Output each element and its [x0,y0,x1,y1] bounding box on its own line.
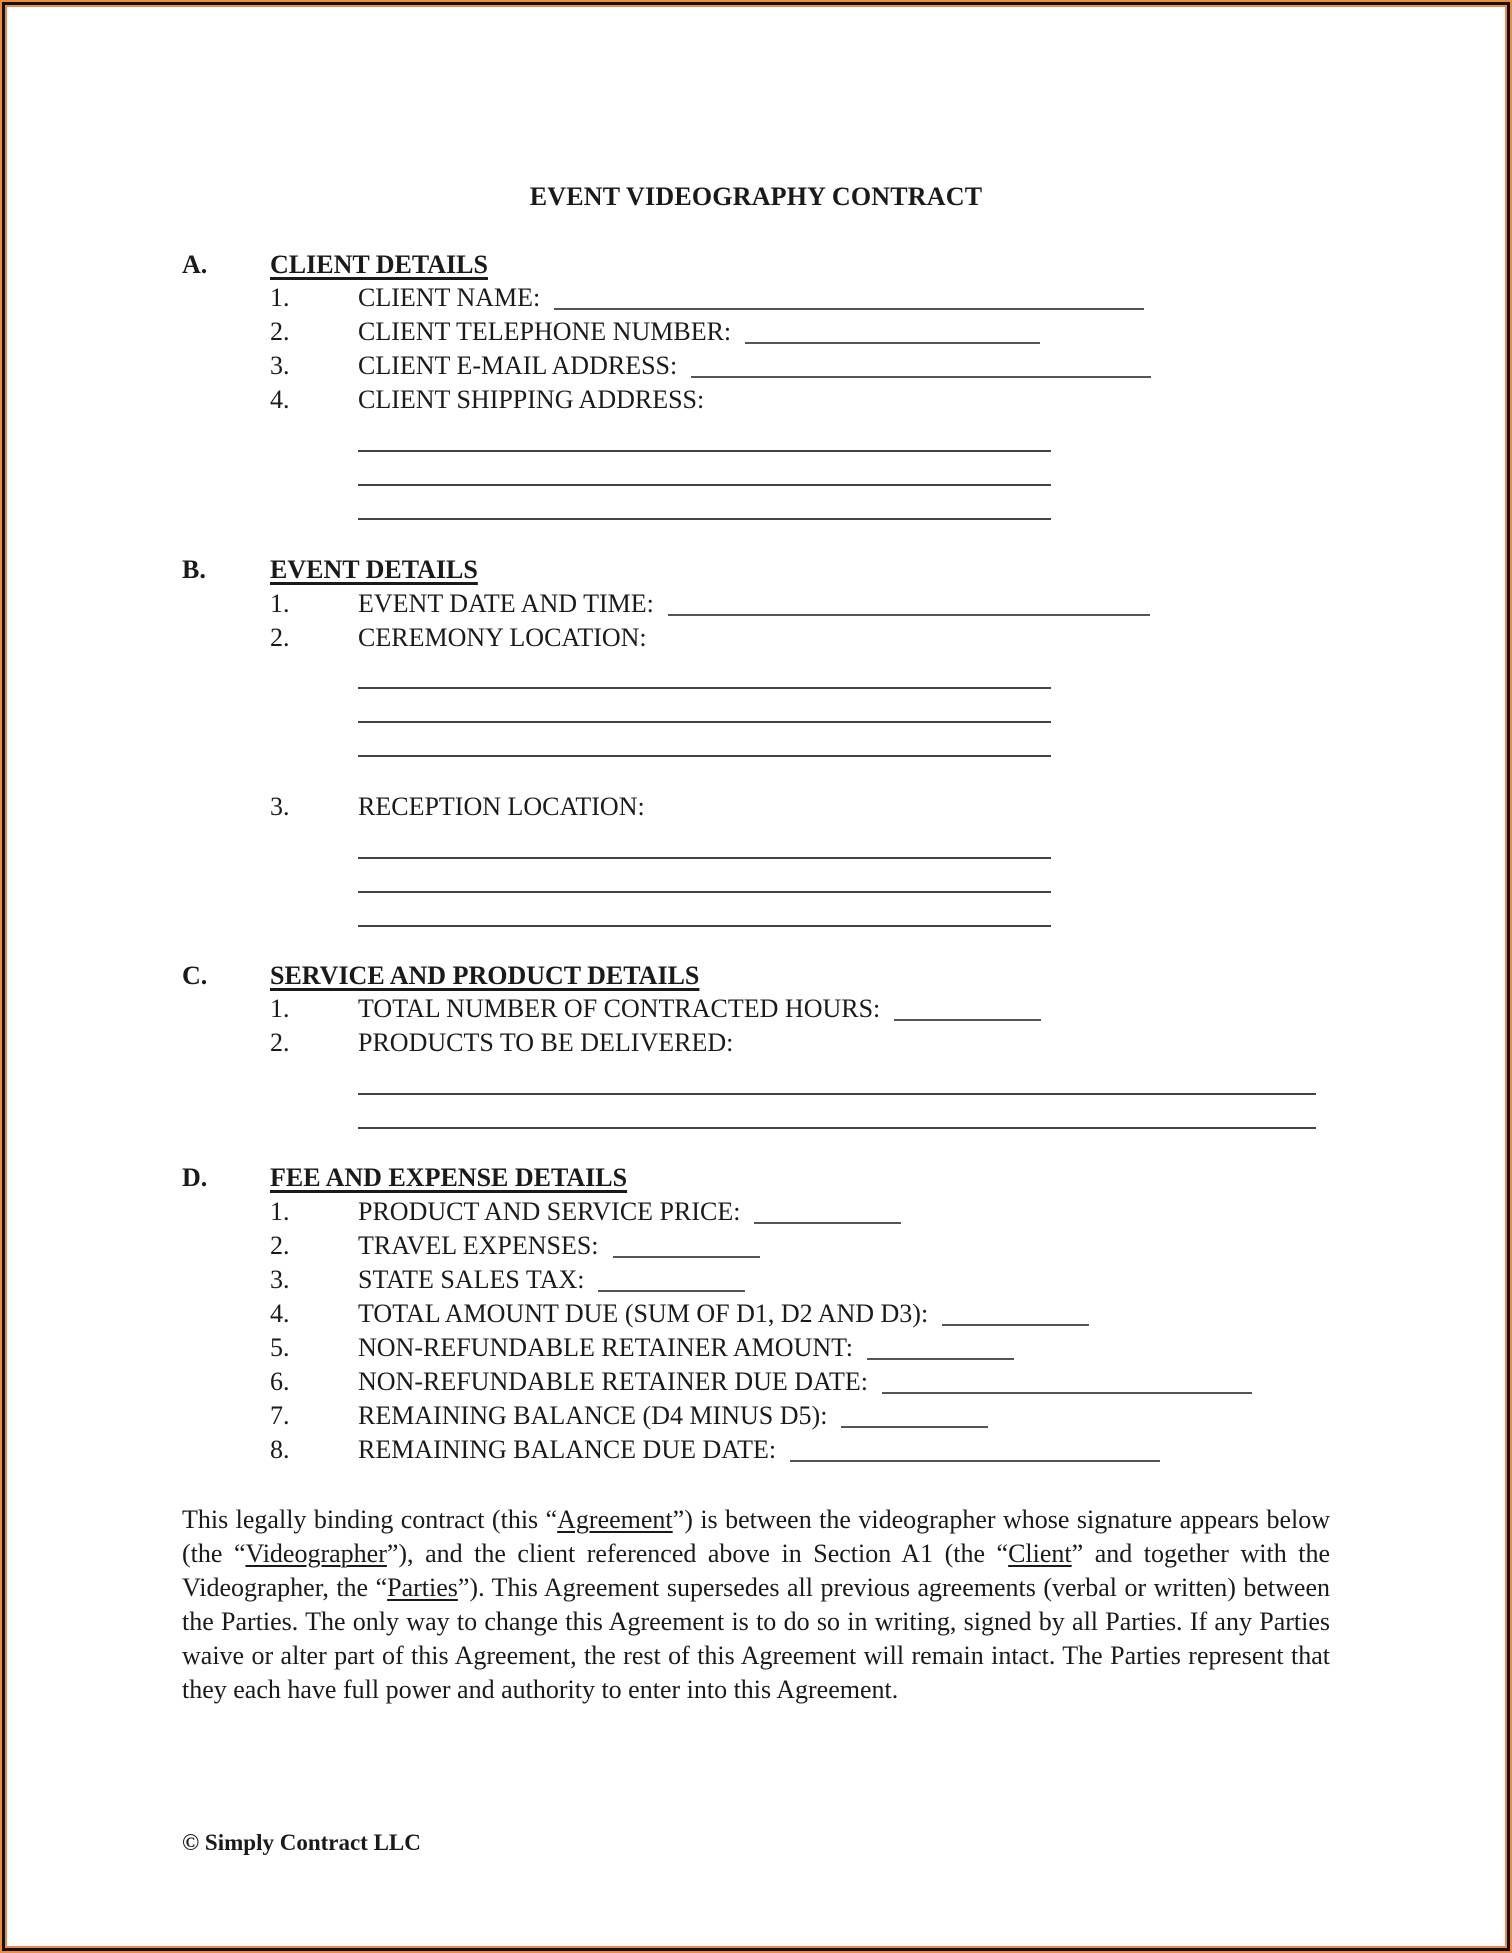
event-date-time-input[interactable] [668,613,1150,616]
field-label: PRODUCT AND SERVICE PRICE: [358,1197,740,1227]
event-date-time-field: EVENT DATE AND TIME: [358,589,1150,619]
reception-location-field: RECEPTION LOCATION: [358,792,645,822]
ceremony-location-field: CEREMONY LOCATION: [358,623,647,653]
item-number: 2. [270,1028,290,1058]
section-d-heading: FEE AND EXPENSE DETAILS [270,1163,627,1193]
total-amount-due-field: TOTAL AMOUNT DUE (SUM OF D1, D2 AND D3): [358,1299,1089,1329]
state-sales-tax-field: STATE SALES TAX: [358,1265,745,1295]
shipping-address-line-3[interactable] [358,518,1051,520]
item-number: 5. [270,1333,290,1363]
remaining-balance-due-date-input[interactable] [790,1459,1160,1462]
defined-term-agreement: Agreement [557,1505,673,1534]
section-b-letter: B. [182,555,206,585]
retainer-due-date-field: NON-REFUNDABLE RETAINER DUE DATE: [358,1367,1252,1397]
item-number: 3. [270,792,290,822]
client-name-field: CLIENT NAME: [358,283,1144,313]
section-a-letter: A. [182,250,207,280]
reception-location-line-3[interactable] [358,925,1051,927]
item-number: 2. [270,317,290,347]
item-number: 1. [270,589,290,619]
section-b-heading: EVENT DETAILS [270,555,478,585]
field-label: TRAVEL EXPENSES: [358,1231,599,1261]
field-label: RECEPTION LOCATION: [358,792,645,822]
state-sales-tax-input[interactable] [598,1289,745,1292]
item-number: 2. [270,1231,290,1261]
product-service-price-field: PRODUCT AND SERVICE PRICE: [358,1197,901,1227]
agreement-text: This legally binding contract (this “ [182,1505,557,1534]
section-c-heading: SERVICE AND PRODUCT DETAILS [270,961,699,991]
total-amount-due-input[interactable] [942,1323,1089,1326]
reception-location-line-2[interactable] [358,891,1051,893]
products-delivered-line-2[interactable] [358,1127,1316,1129]
item-number: 3. [270,1265,290,1295]
field-label: CLIENT NAME: [358,283,540,313]
product-service-price-input[interactable] [754,1221,901,1224]
defined-term-videographer: Videographer [245,1539,386,1568]
field-label: TOTAL AMOUNT DUE (SUM OF D1, D2 AND D3): [358,1299,928,1329]
item-number: 4. [270,385,290,415]
field-label: PRODUCTS TO BE DELIVERED: [358,1028,733,1058]
document-title: EVENT VIDEOGRAPHY CONTRACT [0,182,1512,212]
agreement-text: ”), and the client referenced above in S… [387,1539,1008,1568]
field-label: NON-REFUNDABLE RETAINER AMOUNT: [358,1333,853,1363]
client-name-input[interactable] [554,307,1144,310]
item-number: 3. [270,351,290,381]
travel-expenses-input[interactable] [613,1255,760,1258]
remaining-balance-due-date-field: REMAINING BALANCE DUE DATE: [358,1435,1160,1465]
field-label: CLIENT SHIPPING ADDRESS: [358,385,704,415]
item-number: 2. [270,623,290,653]
shipping-address-line-1[interactable] [358,450,1051,452]
item-number: 1. [270,1197,290,1227]
ceremony-location-line-3[interactable] [358,755,1051,757]
section-d-letter: D. [182,1163,207,1193]
item-number: 7. [270,1401,290,1431]
shipping-address-line-2[interactable] [358,484,1051,486]
field-label: REMAINING BALANCE DUE DATE: [358,1435,776,1465]
remaining-balance-field: REMAINING BALANCE (D4 MINUS D5): [358,1401,988,1431]
client-email-field: CLIENT E-MAIL ADDRESS: [358,351,1151,381]
client-telephone-input[interactable] [745,341,1040,344]
field-label: STATE SALES TAX: [358,1265,584,1295]
travel-expenses-field: TRAVEL EXPENSES: [358,1231,760,1261]
item-number: 8. [270,1435,290,1465]
ceremony-location-line-2[interactable] [358,721,1051,723]
client-shipping-address-field: CLIENT SHIPPING ADDRESS: [358,385,704,415]
agreement-paragraph: This legally binding contract (this “Agr… [182,1503,1330,1707]
remaining-balance-input[interactable] [841,1425,988,1428]
products-delivered-line-1[interactable] [358,1093,1316,1095]
field-label: REMAINING BALANCE (D4 MINUS D5): [358,1401,827,1431]
retainer-amount-input[interactable] [867,1357,1014,1360]
defined-term-client: Client [1008,1539,1072,1568]
field-label: NON-REFUNDABLE RETAINER DUE DATE: [358,1367,868,1397]
reception-location-line-1[interactable] [358,857,1051,859]
field-label: CLIENT TELEPHONE NUMBER: [358,317,731,347]
client-telephone-field: CLIENT TELEPHONE NUMBER: [358,317,1040,347]
defined-term-parties: Parties [387,1573,458,1602]
retainer-due-date-input[interactable] [882,1391,1252,1394]
field-label: CEREMONY LOCATION: [358,623,647,653]
item-number: 1. [270,283,290,313]
item-number: 1. [270,994,290,1024]
section-c-letter: C. [182,961,207,991]
section-a-heading: CLIENT DETAILS [270,250,488,280]
contracted-hours-input[interactable] [894,1018,1041,1021]
field-label: EVENT DATE AND TIME: [358,589,654,619]
retainer-amount-field: NON-REFUNDABLE RETAINER AMOUNT: [358,1333,1014,1363]
contracted-hours-field: TOTAL NUMBER OF CONTRACTED HOURS: [358,994,1041,1024]
products-delivered-field: PRODUCTS TO BE DELIVERED: [358,1028,733,1058]
client-email-input[interactable] [691,375,1151,378]
item-number: 4. [270,1299,290,1329]
copyright-footer: © Simply Contract LLC [182,1830,421,1856]
ceremony-location-line-1[interactable] [358,687,1051,689]
field-label: CLIENT E-MAIL ADDRESS: [358,351,677,381]
field-label: TOTAL NUMBER OF CONTRACTED HOURS: [358,994,880,1024]
item-number: 6. [270,1367,290,1397]
